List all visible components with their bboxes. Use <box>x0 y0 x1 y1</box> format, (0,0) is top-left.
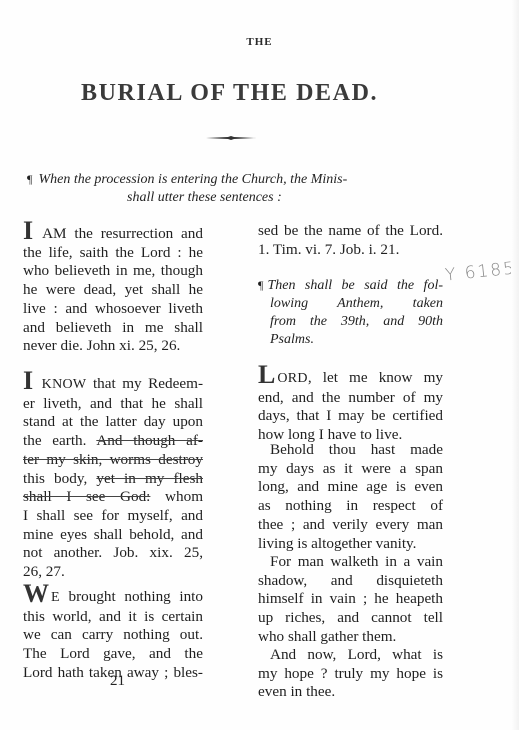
handwritten-annotation: Y 6185 <box>444 258 517 285</box>
text-line: the earth. And though af- <box>23 432 203 451</box>
text-line: Behold thou hast made <box>258 441 443 460</box>
text-line: sed be the name of the Lord. <box>258 222 443 241</box>
sentence-brought-nothing: WE brought nothing into this world, and … <box>23 585 203 683</box>
anthem-behold: Behold thou hast made my days as it were… <box>258 441 443 553</box>
divider-ornament-icon <box>206 136 256 140</box>
title-prefix: THE <box>0 36 519 48</box>
text-line: The Lord gave, and the <box>23 645 203 664</box>
text-line: the life, saith the Lord : he <box>23 244 203 263</box>
text-line: thee ; and verily every man <box>258 516 443 535</box>
text-line: who believeth in me, though <box>23 262 203 281</box>
text-line: live : and whosoever liveth <box>23 300 203 319</box>
text-line: up riches, and cannot tell <box>258 609 443 628</box>
drop-cap: I <box>23 216 33 245</box>
page-number: 21 <box>110 673 125 690</box>
anthem-vain-shadow: For man walketh in a vain shadow, and di… <box>258 553 443 647</box>
text-line: mine eyes shall behold, and <box>23 526 203 545</box>
text-line: I AM the resurrection and <box>23 222 203 244</box>
text-line: I KNOW that my Redeem- <box>23 372 203 395</box>
sentence-redeemer: I KNOW that my Redeem- er liveth, and th… <box>23 372 203 582</box>
text-line: not another. Job. xix. 25, <box>23 544 203 563</box>
page-edge <box>511 0 519 730</box>
struck-text: yet in my flesh <box>96 470 203 487</box>
text-line: shall I see God: whom <box>23 488 203 507</box>
page-title: BURIAL OF THE DEAD. <box>0 80 519 107</box>
text-line: we can carry nothing out. <box>23 626 203 645</box>
text-line: this world, and it is certain <box>23 608 203 627</box>
drop-cap: W <box>23 579 49 608</box>
text-line: this body, yet in my flesh <box>23 470 203 489</box>
rubric-procession: ¶When the procession is entering the Chu… <box>27 170 427 207</box>
text-line: For man walketh in a vain <box>258 553 443 572</box>
text-line: and believeth in me shall <box>23 319 203 338</box>
text-line: never die. John xi. 25, 26. <box>23 337 203 356</box>
pilcrow-icon: ¶ <box>258 278 263 292</box>
text-line: er liveth, and that he shall <box>23 395 203 414</box>
sentence-blessed: sed be the name of the Lord. 1. Tim. vi.… <box>258 222 443 259</box>
struck-text: And though af- <box>96 432 203 449</box>
text-line: lowing Anthem, taken <box>258 295 443 313</box>
text-line: as nothing in respect of <box>258 497 443 516</box>
text-line: WE brought nothing into <box>23 585 203 608</box>
sentence-resurrection: I AM the resurrection and the life, sait… <box>23 222 203 356</box>
text-line: days, that I may be certified <box>258 407 443 426</box>
text-line: 26, 27. <box>23 563 203 582</box>
rubric-line: When the procession is entering the Chur… <box>38 172 347 187</box>
text-line: I shall see for myself, and <box>23 507 203 526</box>
struck-text: shall I see God: <box>23 488 150 505</box>
text-line: shadow, and disquieteth <box>258 572 443 591</box>
rubric-line: shall utter these sentences : <box>27 189 427 207</box>
text-line: Psalms. <box>258 331 443 349</box>
anthem-lord-let-me-know: LORD, let me know my end, and the number… <box>258 366 443 445</box>
text-line: 1. Tim. vi. 7. Job. i. 21. <box>258 241 443 260</box>
text-line: my days as it were a span <box>258 460 443 479</box>
text-line: And now, Lord, what is <box>258 646 443 665</box>
text-line: long, and mine age is even <box>258 478 443 497</box>
text-line: LORD, let me know my <box>258 366 443 389</box>
book-page: THE BURIAL OF THE DEAD. ¶When the proces… <box>0 0 519 730</box>
drop-cap: I <box>23 366 33 395</box>
anthem-and-now-lord: And now, Lord, what is my hope ? truly m… <box>258 646 443 702</box>
text-line: ¶Then shall be said the fol- <box>258 276 443 295</box>
rubric-anthem: ¶Then shall be said the fol- lowing Anth… <box>258 276 443 349</box>
text-line: my hope ? truly my hope is <box>258 665 443 684</box>
text-line: even in thee. <box>258 683 443 702</box>
text-line: from the 39th, and 90th <box>258 313 443 331</box>
pilcrow-icon: ¶ <box>27 172 32 186</box>
text-line: stand at the latter day upon <box>23 413 203 432</box>
text-line: living is altogether vanity. <box>258 535 443 554</box>
drop-cap: L <box>258 360 275 389</box>
text-line: he were dead, yet shall he <box>23 281 203 300</box>
text-line: himself in vain ; he heapeth <box>258 590 443 609</box>
text-line: who shall gather them. <box>258 628 443 647</box>
text-line: end, and the number of my <box>258 389 443 408</box>
struck-text: ter my skin, worms destroy <box>23 451 203 470</box>
